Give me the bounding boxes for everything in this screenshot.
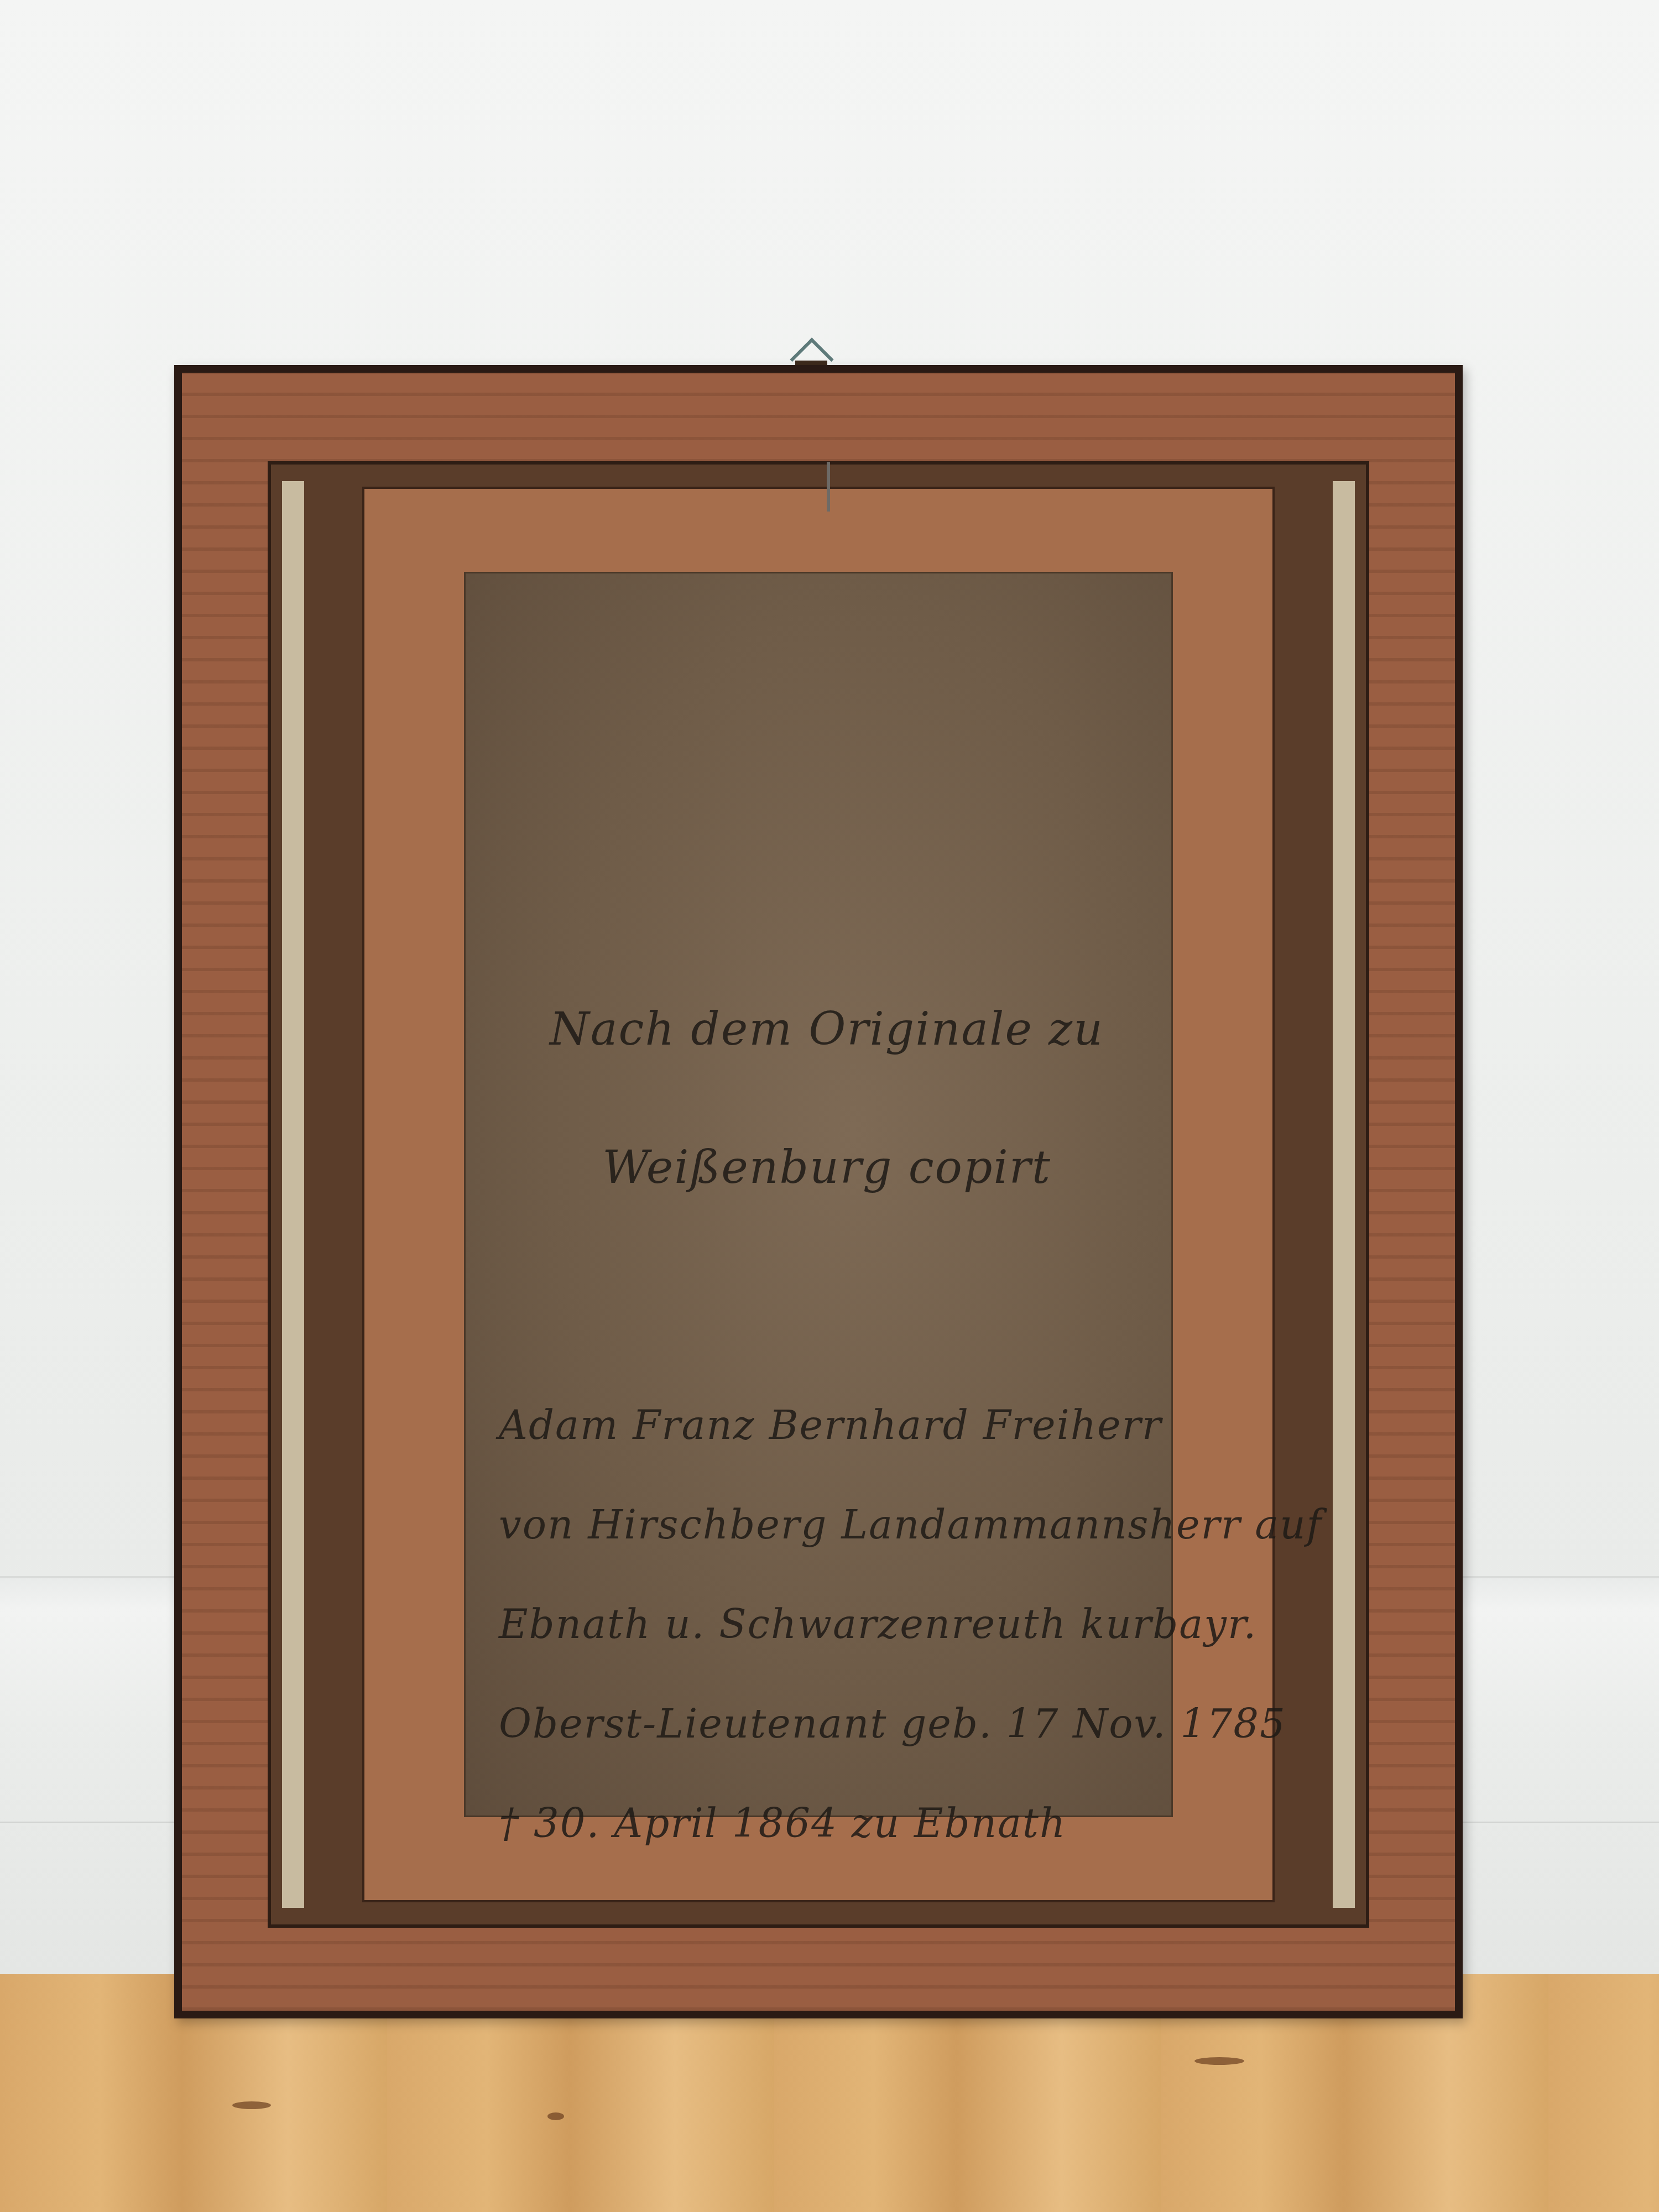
floor-knot	[547, 2112, 564, 2120]
canvas-edge-left	[282, 481, 304, 1908]
inscription-bottom: Adam Franz Bernhard Freiherr von Hirschb…	[499, 1375, 1171, 1873]
inscription-line: Adam Franz Bernhard Freiherr	[499, 1375, 1171, 1475]
picture-frame-back: Nach dem Originale zu Weißenburg copirt …	[174, 365, 1463, 2018]
nail	[827, 462, 830, 512]
stretcher-bars: Nach dem Originale zu Weißenburg copirt …	[362, 487, 1275, 1902]
inscription-line: Oberst-Lieutenant geb. 17 Nov. 1785	[499, 1674, 1171, 1773]
inscription-line: Ebnath u. Schwarzenreuth kurbayr.	[499, 1574, 1171, 1674]
floor-knot	[232, 2101, 271, 2109]
canvas-back: Nach dem Originale zu Weißenburg copirt …	[464, 572, 1173, 1817]
inscription-top: Nach dem Originale zu Weißenburg copirt	[466, 961, 1171, 1237]
frame-rabbet: Nach dem Originale zu Weißenburg copirt …	[268, 461, 1369, 1928]
inscription-line: von Hirschberg Landammannsherr auf	[499, 1475, 1171, 1574]
inscription-line: Nach dem Originale zu	[482, 961, 1171, 1099]
floor-knot	[1194, 2057, 1244, 2065]
inscription-line: † 30. April 1864 zu Ebnath	[499, 1773, 1171, 1873]
canvas-edge-right	[1333, 481, 1355, 1908]
inscription-line: Weißenburg copirt	[482, 1099, 1171, 1237]
